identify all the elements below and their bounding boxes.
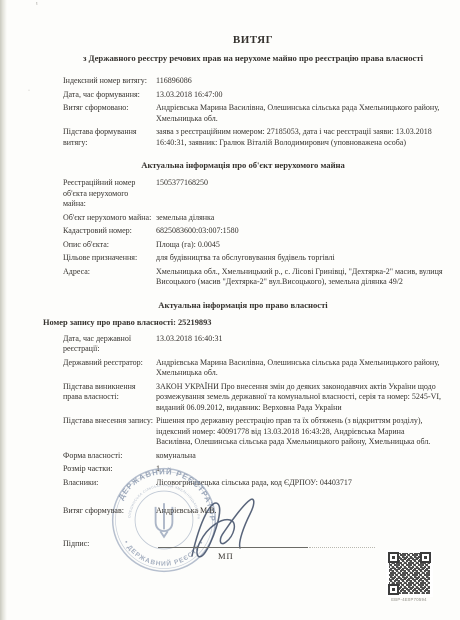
header-fields: Індексний номер витягу: 116896086 Дата, … — [63, 76, 443, 148]
field-row: Дата, час державної реєстрації: 13.03.20… — [63, 334, 443, 355]
field-row: Адреса: Хмельницька обл., Хмельницький р… — [63, 267, 443, 288]
field-value: Андрієвська Марина Василівна, Олешинська… — [153, 358, 443, 379]
field-label: Підстава внесення запису: — [63, 416, 153, 448]
scanned-extract-page: { "doc": { "title": "ВИТЯГ", "subtitle":… — [0, 0, 460, 620]
field-value: для будівництва та обслуговування будіве… — [153, 253, 443, 264]
field-value: 13.03.2018 16:40:31 — [153, 334, 443, 355]
field-value: Рішення про державну реєстрацію прав та … — [153, 416, 443, 448]
field-label: Підстава виникнення права власності: — [63, 382, 153, 414]
field-row: Об'єкт нерухомого майна: земельна ділянк… — [63, 213, 443, 224]
field-row: Опис об'єкта: Площа (га): 0.0045 — [63, 240, 443, 251]
field-label: Адреса: — [63, 267, 153, 288]
formed-by-label: Витяг сформував: — [63, 506, 153, 517]
field-label: Індексний номер витягу: — [63, 76, 153, 87]
field-row: Цільове призначення: для будівництва та … — [63, 253, 443, 264]
field-value: Площа (га): 0.0045 — [153, 240, 443, 251]
signature-area: МП — [153, 539, 443, 550]
formed-by-row: Витяг сформував: Андрієвська М.В. — [63, 506, 443, 517]
field-value: Андрієвська Марина Василівна, Олешинська… — [153, 103, 443, 124]
field-label: Реєстраційний номер об'єкта нерухомого м… — [63, 178, 153, 210]
field-label: Дата, час формування: — [63, 90, 153, 101]
qr-caption: ЕВР-4Е0Р70594 — [386, 597, 432, 602]
field-row: Дата, час формування: 13.03.2018 16:47:0… — [63, 90, 443, 101]
field-row: Індексний номер витягу: 116896086 — [63, 76, 443, 87]
field-row: Підстава виникнення права власності: ЗАК… — [63, 382, 443, 414]
field-value: 116896086 — [153, 76, 443, 87]
document-title: ВИТЯГ — [63, 34, 443, 46]
field-value: ЗАКОН УКРАЇНИ Про внесення змін до деяки… — [153, 382, 443, 414]
field-label: Об'єкт нерухомого майна: — [63, 213, 153, 224]
stamp-place-mark: МП — [218, 551, 234, 561]
field-label: Кадастровий номер: — [63, 226, 153, 237]
section-heading-ownership: Актуальна інформація про право власності — [43, 300, 443, 310]
field-value: 6825083600:03:007:1580 — [153, 226, 443, 237]
field-label: Опис об'єкта: — [63, 240, 153, 251]
field-row: Витяг сформовано: Андрієвська Марина Вас… — [63, 103, 443, 124]
signature-line-faint — [309, 547, 375, 548]
formed-by-value: Андрієвська М.В. — [153, 506, 443, 517]
field-label: Цільове призначення: — [63, 253, 153, 264]
object-fields: Реєстраційний номер об'єкта нерухомого м… — [63, 178, 443, 288]
field-value: заява з реєстраційним номером: 27185053,… — [153, 127, 443, 148]
field-value: 1505377168250 — [153, 178, 443, 210]
qr-code-block: ЕВР-4Е0Р70594 — [386, 552, 432, 602]
field-label: Державний реєстратор: — [63, 358, 153, 379]
field-label: Витяг сформовано: — [63, 103, 153, 124]
field-row: Державний реєстратор: Андрієвська Марина… — [63, 358, 443, 379]
field-value: 13.03.2018 16:47:00 — [153, 90, 443, 101]
field-row: Підстава внесення запису: Рішення про де… — [63, 416, 443, 448]
signature-row: Підпис: МП — [63, 539, 443, 550]
field-label: Форма власності: — [63, 451, 153, 462]
qr-code-icon — [388, 552, 431, 595]
qr-finder-icon — [420, 552, 431, 563]
section-heading-object: Актуальна інформація про об'єкт нерухомо… — [43, 160, 443, 170]
signature-line — [158, 547, 308, 548]
qr-finder-icon — [388, 584, 399, 595]
ownership-record-number: Номер запису про право власності: 252198… — [43, 318, 443, 327]
field-row: Реєстраційний номер об'єкта нерухомого м… — [63, 178, 443, 210]
document-subtitle: з Державного реєстру речових прав на нер… — [63, 53, 443, 63]
field-row: Кадастровий номер: 6825083600:03:007:158… — [63, 226, 443, 237]
field-value: земельна ділянка — [153, 213, 443, 224]
field-label: Підстава формування витягу: — [63, 127, 153, 148]
field-label: Дата, час державної реєстрації: — [63, 334, 153, 355]
signature-label: Підпис: — [63, 539, 153, 550]
field-value: комунальна — [153, 451, 443, 462]
qr-finder-icon — [388, 552, 399, 563]
field-value: Хмельницька обл., Хмельницький р., с. Лі… — [153, 267, 443, 288]
field-row: Форма власності: комунальна — [63, 451, 443, 462]
field-row: Підстава формування витягу: заява з реєс… — [63, 127, 443, 148]
